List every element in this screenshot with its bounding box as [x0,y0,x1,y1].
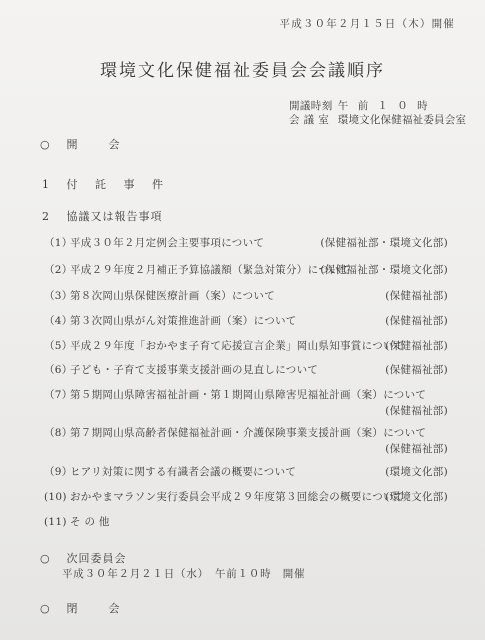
section-label: 開 会 [67,138,130,151]
item-text: 第８次岡山県保健医療計画（案）について [70,290,275,302]
item-text: 平成３０年２月定例会主要事項について [70,237,264,249]
item-number: （5） [44,338,70,353]
agenda-item: （8）第７期岡山県高齢者保健福祉計画・介護保険事業支援計画（案）について (保健… [44,425,448,440]
next-meeting-datetime: 平成３０年２月２１日（水） 午前１０時 開催 [62,566,305,581]
section-opening: ○ 開 会 [40,136,130,152]
circle-bullet-icon: ○ [40,552,62,565]
item-number: (10) [44,491,70,503]
item-text: 子ども・子育て支援事業支援計画の見直しについて [70,364,318,376]
item-number: （3） [44,288,70,303]
item-number: （4） [44,313,70,328]
agenda-item: （2）平成２９年度２月補正予算協議額（緊急対策分）について (保健福祉部・環境文… [44,262,448,277]
agenda-item: （3）第８次岡山県保健医療計画（案）について (保健福祉部) [44,288,448,303]
item-text: ヒアリ対策に関する有識者会議の概要について [70,466,296,478]
item-text: 第３次岡山県がん対策推進計画（案）について [70,315,297,327]
agenda-item: （6）子ども・子育て支援事業支援計画の見直しについて (保健福祉部) [44,362,448,377]
item-number: (11) [44,516,70,528]
item-text: 平成２９年度２月補正予算協議額（緊急対策分）について [70,264,351,276]
item-number: （7） [44,387,70,402]
agenda-item: （4）第３次岡山県がん対策推進計画（案）について (保健福祉部) [44,313,448,328]
item-text: おかやまマラソン実行委員会平成２９年度第３回総会の概要について [70,491,405,503]
item-number: （6） [44,362,70,377]
section-label: 次回委員会 [67,552,127,565]
agenda-item: (11)そ の 他 [44,514,448,529]
section-number: 2 [40,210,62,223]
item-department: (保健福祉部・環境文化部) [320,262,448,277]
meeting-time-label: 開議時刻 [289,98,334,113]
meeting-room-label: 会 議 室 [289,112,334,127]
section-next-meeting: ○ 次回委員会 [40,550,127,566]
meeting-time-row: 開議時刻 午 前 １ ０ 時 [289,98,431,113]
section-label: 閉 会 [67,602,130,615]
meeting-date: 平成３０年２月１５日（木）開催 [280,16,456,31]
item-text: そ の 他 [70,516,110,528]
section-discussion: 2 協議又は報告事項 [40,208,163,224]
agenda-document: 平成３０年２月１５日（木）開催 環境文化保健福祉委員会会議順序 開議時刻 午 前… [0,0,485,640]
circle-bullet-icon: ○ [40,602,62,615]
item-department: (保健福祉部) [385,362,448,377]
agenda-item: （5）平成２９年度「おかやま子育て応援宣言企業」岡山県知事賞について (保健福祉… [44,338,448,353]
agenda-item: (10)おかやまマラソン実行委員会平成２９年度第３回総会の概要について (環境文… [44,489,448,504]
section-closing: ○ 閉 会 [40,600,130,616]
agenda-item: （1）平成３０年２月定例会主要事項について (保健福祉部・環境文化部) [44,235,448,250]
item-department: (保健福祉部) [385,313,448,328]
section-label: 付 託 事 件 [67,178,171,191]
agenda-item: （9）ヒアリ対策に関する有識者会議の概要について (環境文化部) [44,464,448,479]
item-number: （2） [44,262,70,277]
item-text: 第５期岡山県障害福祉計画・第１期岡山県障害児福祉計画（案）について [70,389,426,401]
item-department: (保健福祉部) [385,403,448,418]
item-department: (保健福祉部) [385,338,448,353]
section-entrusted: 1 付 託 事 件 [40,176,170,192]
item-number: （9） [44,464,70,479]
agenda-item: （7）第５期岡山県障害福祉計画・第１期岡山県障害児福祉計画（案）について (保健… [44,387,448,402]
meeting-time-value: 午 前 １ ０ 時 [338,98,431,113]
item-department: (環境文化部) [385,464,448,479]
section-number: 1 [40,178,62,191]
section-label: 協議又は報告事項 [67,210,163,223]
item-department: (保健福祉部) [385,441,448,456]
item-department: (保健福祉部・環境文化部) [320,235,448,250]
meeting-room-value: 環境文化保健福祉委員会室 [338,112,466,127]
item-department: (保健福祉部) [385,288,448,303]
item-number: （8） [44,425,70,440]
item-text: 平成２９年度「おかやま子育て応援宣言企業」岡山県知事賞について [70,340,405,352]
meeting-room-row: 会 議 室 環境文化保健福祉委員会室 [289,112,466,127]
item-text: 第７期岡山県高齢者保健福祉計画・介護保険事業支援計画（案）について [70,427,426,439]
document-title: 環境文化保健福祉委員会会議順序 [0,56,485,81]
circle-bullet-icon: ○ [40,138,62,151]
item-number: （1） [44,235,70,250]
item-department: (環境文化部) [385,489,448,504]
